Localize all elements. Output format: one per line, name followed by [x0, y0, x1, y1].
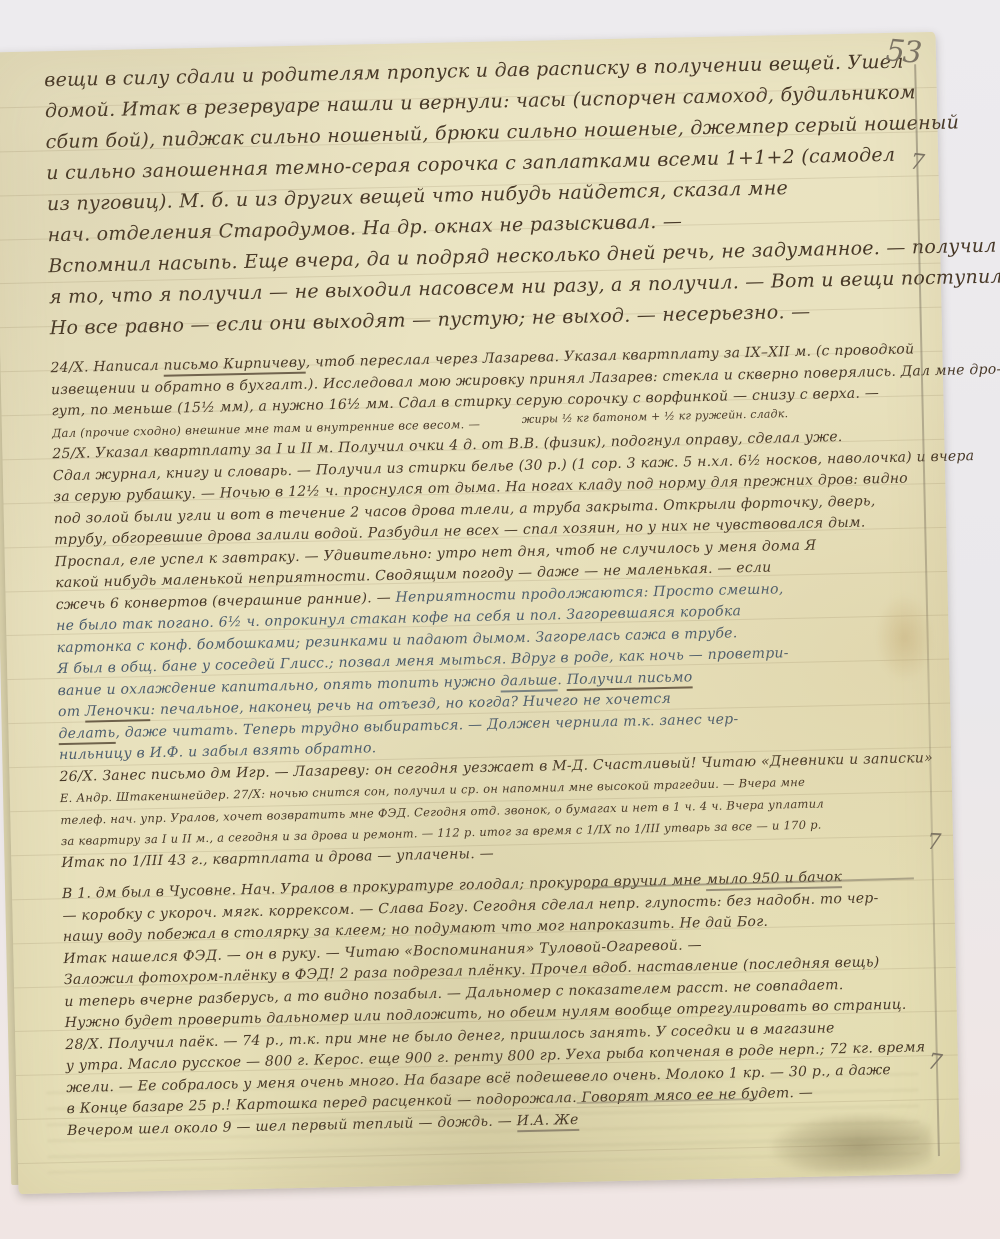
- scanned-document-photo: { "manuscript": { "kind": "handwritten d…: [0, 0, 1000, 1239]
- margin-mark-pencil: 7: [920, 1048, 950, 1077]
- manuscript-paper: вещи в силу сдали и родителям пропуск и …: [0, 32, 960, 1194]
- paper-stain: [874, 592, 936, 683]
- manuscript-text: Леночки: [85, 702, 151, 722]
- manuscript-text: нильницу в И.Ф. и забыл взять обратно.: [59, 740, 377, 763]
- manuscript-text: Получил письмо: [567, 669, 693, 691]
- margin-mark-pencil: 7: [921, 829, 948, 855]
- manuscript-text: письмо Кирпичеву: [163, 355, 305, 377]
- margin-mark-pencil: 7: [903, 149, 932, 177]
- manuscript-text: делать: [58, 724, 115, 744]
- section-b: 24/X. Написал письмо Кирпичеву, чтоб пер…: [50, 339, 935, 1142]
- ink-showthrough: [46, 1059, 920, 1173]
- paper-content: вещи в силу сдали и родителям пропуск и …: [0, 32, 960, 1194]
- manuscript-text: 24/X. Написал: [50, 358, 163, 376]
- manuscript-text: от: [58, 704, 85, 721]
- manuscript-text: дальше: [500, 672, 557, 692]
- section-a: вещи в силу сдали и родителям пропуск и …: [44, 46, 918, 344]
